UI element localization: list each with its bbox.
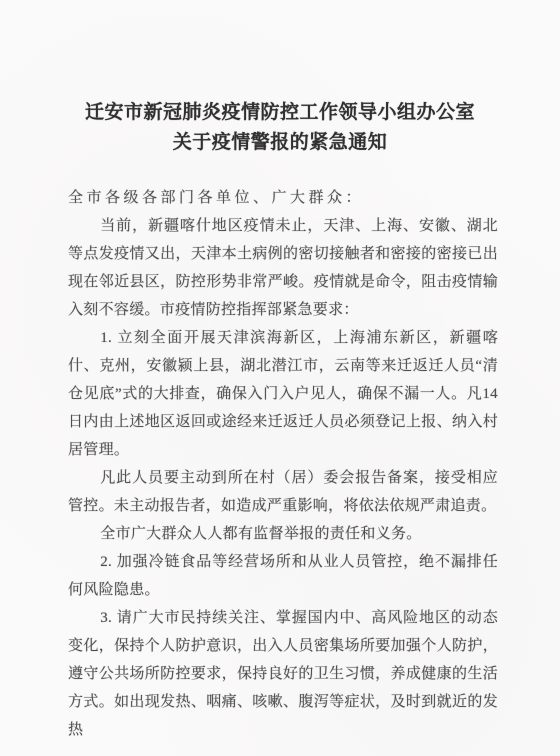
- notice-title: 迁安市新冠肺炎疫情防控工作领导小组办公室 关于疫情警报的紧急通知: [0, 98, 560, 158]
- scanned-notice-page: 迁安市新冠肺炎疫情防控工作领导小组办公室 关于疫情警报的紧急通知 全市各级各部门…: [0, 0, 560, 756]
- paragraph-item-3-public-advice: 3. 请广大市民持续关注、掌握国内中、高风险地区的动态变化，保持个人防护意识，出…: [68, 604, 498, 744]
- salutation: 全市各级各部门各单位、广大群众：: [68, 184, 498, 212]
- notice-title-line1: 迁安市新冠肺炎疫情防控工作领导小组办公室: [0, 98, 560, 128]
- notice-body: 全市各级各部门各单位、广大群众： 当前，新疆喀什地区疫情未止，天津、上海、安徽、…: [68, 184, 498, 744]
- paragraph-item-1-screening: 1. 立刻全面开展天津滨海新区，上海浦东新区，新疆喀什、克州，安徽颍上县，湖北潜…: [68, 324, 498, 464]
- paragraph-item-2-cold-chain: 2. 加强冷链食品等经营场所和从业人员管控，绝不漏排任何风险隐患。: [68, 548, 498, 604]
- paragraph-self-report: 凡此人员要主动到所在村（居）委会报告备案，接受相应管控。未主动报告者，如造成严重…: [68, 464, 498, 520]
- paragraph-supervision-duty: 全市广大群众人人都有监督举报的责任和义务。: [68, 520, 498, 548]
- notice-title-line2: 关于疫情警报的紧急通知: [0, 128, 560, 158]
- paragraph-situation: 当前，新疆喀什地区疫情未止，天津、上海、安徽、湖北等点发疫情又出，天津本土病例的…: [68, 212, 498, 324]
